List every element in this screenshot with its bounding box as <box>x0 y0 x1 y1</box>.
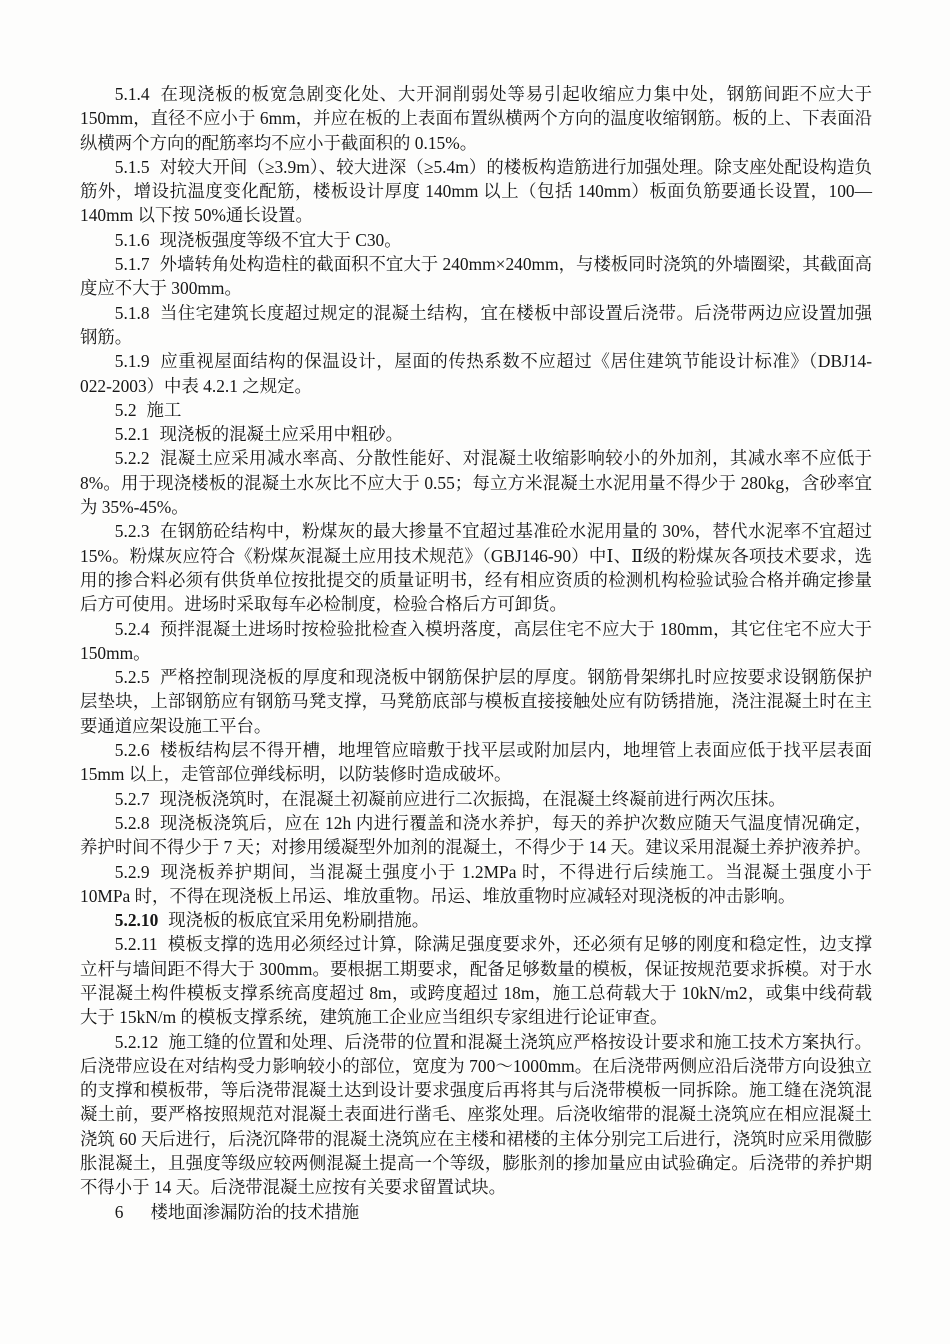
clause-number: 5.2.6 <box>115 740 150 760</box>
clause-text: 现浇板浇筑时，在混凝土初凝前应进行二次振捣，在混凝土终凝前进行两次压抹。 <box>160 789 786 809</box>
clause-number: 5.2.8 <box>115 813 150 833</box>
clause-number: 5.1.8 <box>115 303 150 323</box>
clause-number: 5.1.4 <box>115 84 150 104</box>
paragraph-5-1-5: 5.1.5对较大开间（≥3.9m）、较大进深（≥5.4m）的楼板构造筋进行加强处… <box>80 155 872 228</box>
clause-number: 5.2.1 <box>115 424 150 444</box>
clause-text: 当住宅建筑长度超过规定的混凝土结构，宜在楼板中部设置后浇带。后浇带两边应设置加强… <box>80 303 872 347</box>
paragraph-5-1-8: 5.1.8当住宅建筑长度超过规定的混凝土结构，宜在楼板中部设置后浇带。后浇带两边… <box>80 301 872 350</box>
clause-number: 5.1.6 <box>115 230 150 250</box>
clause-text: 在现浇板的板宽急剧变化处、大开洞削弱处等易引起收缩应力集中处，钢筋间距不应大于 … <box>80 84 872 153</box>
paragraph-5-2-1: 5.2.1现浇板的混凝土应采用中粗砂。 <box>80 422 872 446</box>
section-heading-5-2: 5.2施工 <box>80 398 872 422</box>
clause-number: 5.2.3 <box>115 521 150 541</box>
section-heading-6: 6楼地面渗漏防治的技术措施 <box>80 1200 872 1224</box>
clause-number: 5.1.7 <box>115 254 150 274</box>
clause-text: 外墙转角处构造柱的截面积不宜大于 240mm×240mm，与楼板同时浇筑的外墙圈… <box>80 254 872 298</box>
clause-number: 5.2.10 <box>115 910 158 930</box>
clause-number: 5.2.9 <box>115 862 150 882</box>
clause-number: 5.2.12 <box>115 1032 158 1052</box>
clause-text: 现浇板养护期间，当混凝土强度小于 1.2MPa 时，不得进行后续施工。当混凝土强… <box>80 862 872 906</box>
paragraph-5-2-5: 5.2.5严格控制现浇板的厚度和现浇板中钢筋保护层的厚度。钢筋骨架绑扎时应按要求… <box>80 665 872 738</box>
paragraph-5-1-6: 5.1.6现浇板强度等级不宜大于 C30。 <box>80 228 872 252</box>
paragraph-5-2-7: 5.2.7现浇板浇筑时，在混凝土初凝前应进行二次振捣，在混凝土终凝前进行两次压抹… <box>80 787 872 811</box>
paragraph-5-2-6: 5.2.6楼板结构层不得开槽，地埋管应暗敷于找平层或附加层内，地埋管上表面应低于… <box>80 738 872 787</box>
document-body: 5.1.4在现浇板的板宽急剧变化处、大开洞削弱处等易引起收缩应力集中处，钢筋间距… <box>80 82 872 1224</box>
clause-text: 应重视屋面结构的保温设计，屋面的传热系数不应超过《居住建筑节能设计标准》（DBJ… <box>80 351 872 395</box>
clause-number: 5.2.7 <box>115 789 150 809</box>
clause-text: 模板支撑的选用必须经过计算，除满足强度要求外，还必须有足够的刚度和稳定性，边支撑… <box>80 934 872 1027</box>
clause-text: 现浇板浇筑后，应在 12h 内进行覆盖和浇水养护，每天的养护次数应随天气温度情况… <box>80 813 872 857</box>
clause-number: 5.1.9 <box>115 351 150 371</box>
section-title: 楼地面渗漏防治的技术措施 <box>151 1202 360 1222</box>
section-title: 施工 <box>147 400 182 420</box>
clause-text: 在钢筋砼结构中，粉煤灰的最大掺量不宜超过基准砼水泥用量的 30%，替代水泥率不宜… <box>80 521 872 614</box>
clause-text: 施工缝的位置和处理、后浇带的位置和混凝土浇筑应严格按设计要求和施工技术方案执行。… <box>80 1032 872 1198</box>
clause-text: 现浇板的板底宜采用免粉刷措施。 <box>168 910 429 930</box>
clause-number: 5.2.5 <box>115 667 150 687</box>
paragraph-5-1-7: 5.1.7外墙转角处构造柱的截面积不宜大于 240mm×240mm，与楼板同时浇… <box>80 252 872 301</box>
paragraph-5-1-9: 5.1.9应重视屋面结构的保温设计，屋面的传热系数不应超过《居住建筑节能设计标准… <box>80 349 872 398</box>
clause-text: 对较大开间（≥3.9m）、较大进深（≥5.4m）的楼板构造筋进行加强处理。除支座… <box>80 157 872 226</box>
paragraph-5-2-8: 5.2.8现浇板浇筑后，应在 12h 内进行覆盖和浇水养护，每天的养护次数应随天… <box>80 811 872 860</box>
paragraph-5-1-4: 5.1.4在现浇板的板宽急剧变化处、大开洞削弱处等易引起收缩应力集中处，钢筋间距… <box>80 82 872 155</box>
paragraph-5-2-3: 5.2.3在钢筋砼结构中，粉煤灰的最大掺量不宜超过基准砼水泥用量的 30%，替代… <box>80 519 872 616</box>
clause-number: 5.2.11 <box>115 934 158 954</box>
clause-text: 混凝土应采用减水率高、分散性能好、对混凝土收缩影响较小的外加剂，其减水率不应低于… <box>80 448 872 517</box>
clause-text: 现浇板的混凝土应采用中粗砂。 <box>160 424 403 444</box>
paragraph-5-2-10: 5.2.10现浇板的板底宜采用免粉刷措施。 <box>80 908 872 932</box>
paragraph-5-2-4: 5.2.4预拌混凝土进场时按检验批检查入模坍落度，高层住宅不应大于 180mm，… <box>80 617 872 666</box>
clause-number: 5.1.5 <box>115 157 150 177</box>
clause-text: 现浇板强度等级不宜大于 C30。 <box>160 230 402 250</box>
section-number: 6 <box>115 1202 124 1222</box>
document-page: 5.1.4在现浇板的板宽急剧变化处、大开洞削弱处等易引起收缩应力集中处，钢筋间距… <box>0 0 950 1344</box>
clause-number: 5.2.2 <box>115 448 150 468</box>
clause-text: 预拌混凝土进场时按检验批检查入模坍落度，高层住宅不应大于 180mm，其它住宅不… <box>80 619 872 663</box>
paragraph-5-2-2: 5.2.2混凝土应采用减水率高、分散性能好、对混凝土收缩影响较小的外加剂，其减水… <box>80 446 872 519</box>
paragraph-5-2-11: 5.2.11模板支撑的选用必须经过计算，除满足强度要求外，还必须有足够的刚度和稳… <box>80 932 872 1029</box>
clause-number: 5.2.4 <box>115 619 150 639</box>
clause-text: 楼板结构层不得开槽，地埋管应暗敷于找平层或附加层内，地埋管上表面应低于找平层表面… <box>80 740 872 784</box>
paragraph-5-2-12: 5.2.12施工缝的位置和处理、后浇带的位置和混凝土浇筑应严格按设计要求和施工技… <box>80 1030 872 1200</box>
clause-text: 严格控制现浇板的厚度和现浇板中钢筋保护层的厚度。钢筋骨架绑扎时应按要求设钢筋保护… <box>80 667 872 736</box>
paragraph-5-2-9: 5.2.9现浇板养护期间，当混凝土强度小于 1.2MPa 时，不得进行后续施工。… <box>80 860 872 909</box>
section-number: 5.2 <box>115 400 137 420</box>
